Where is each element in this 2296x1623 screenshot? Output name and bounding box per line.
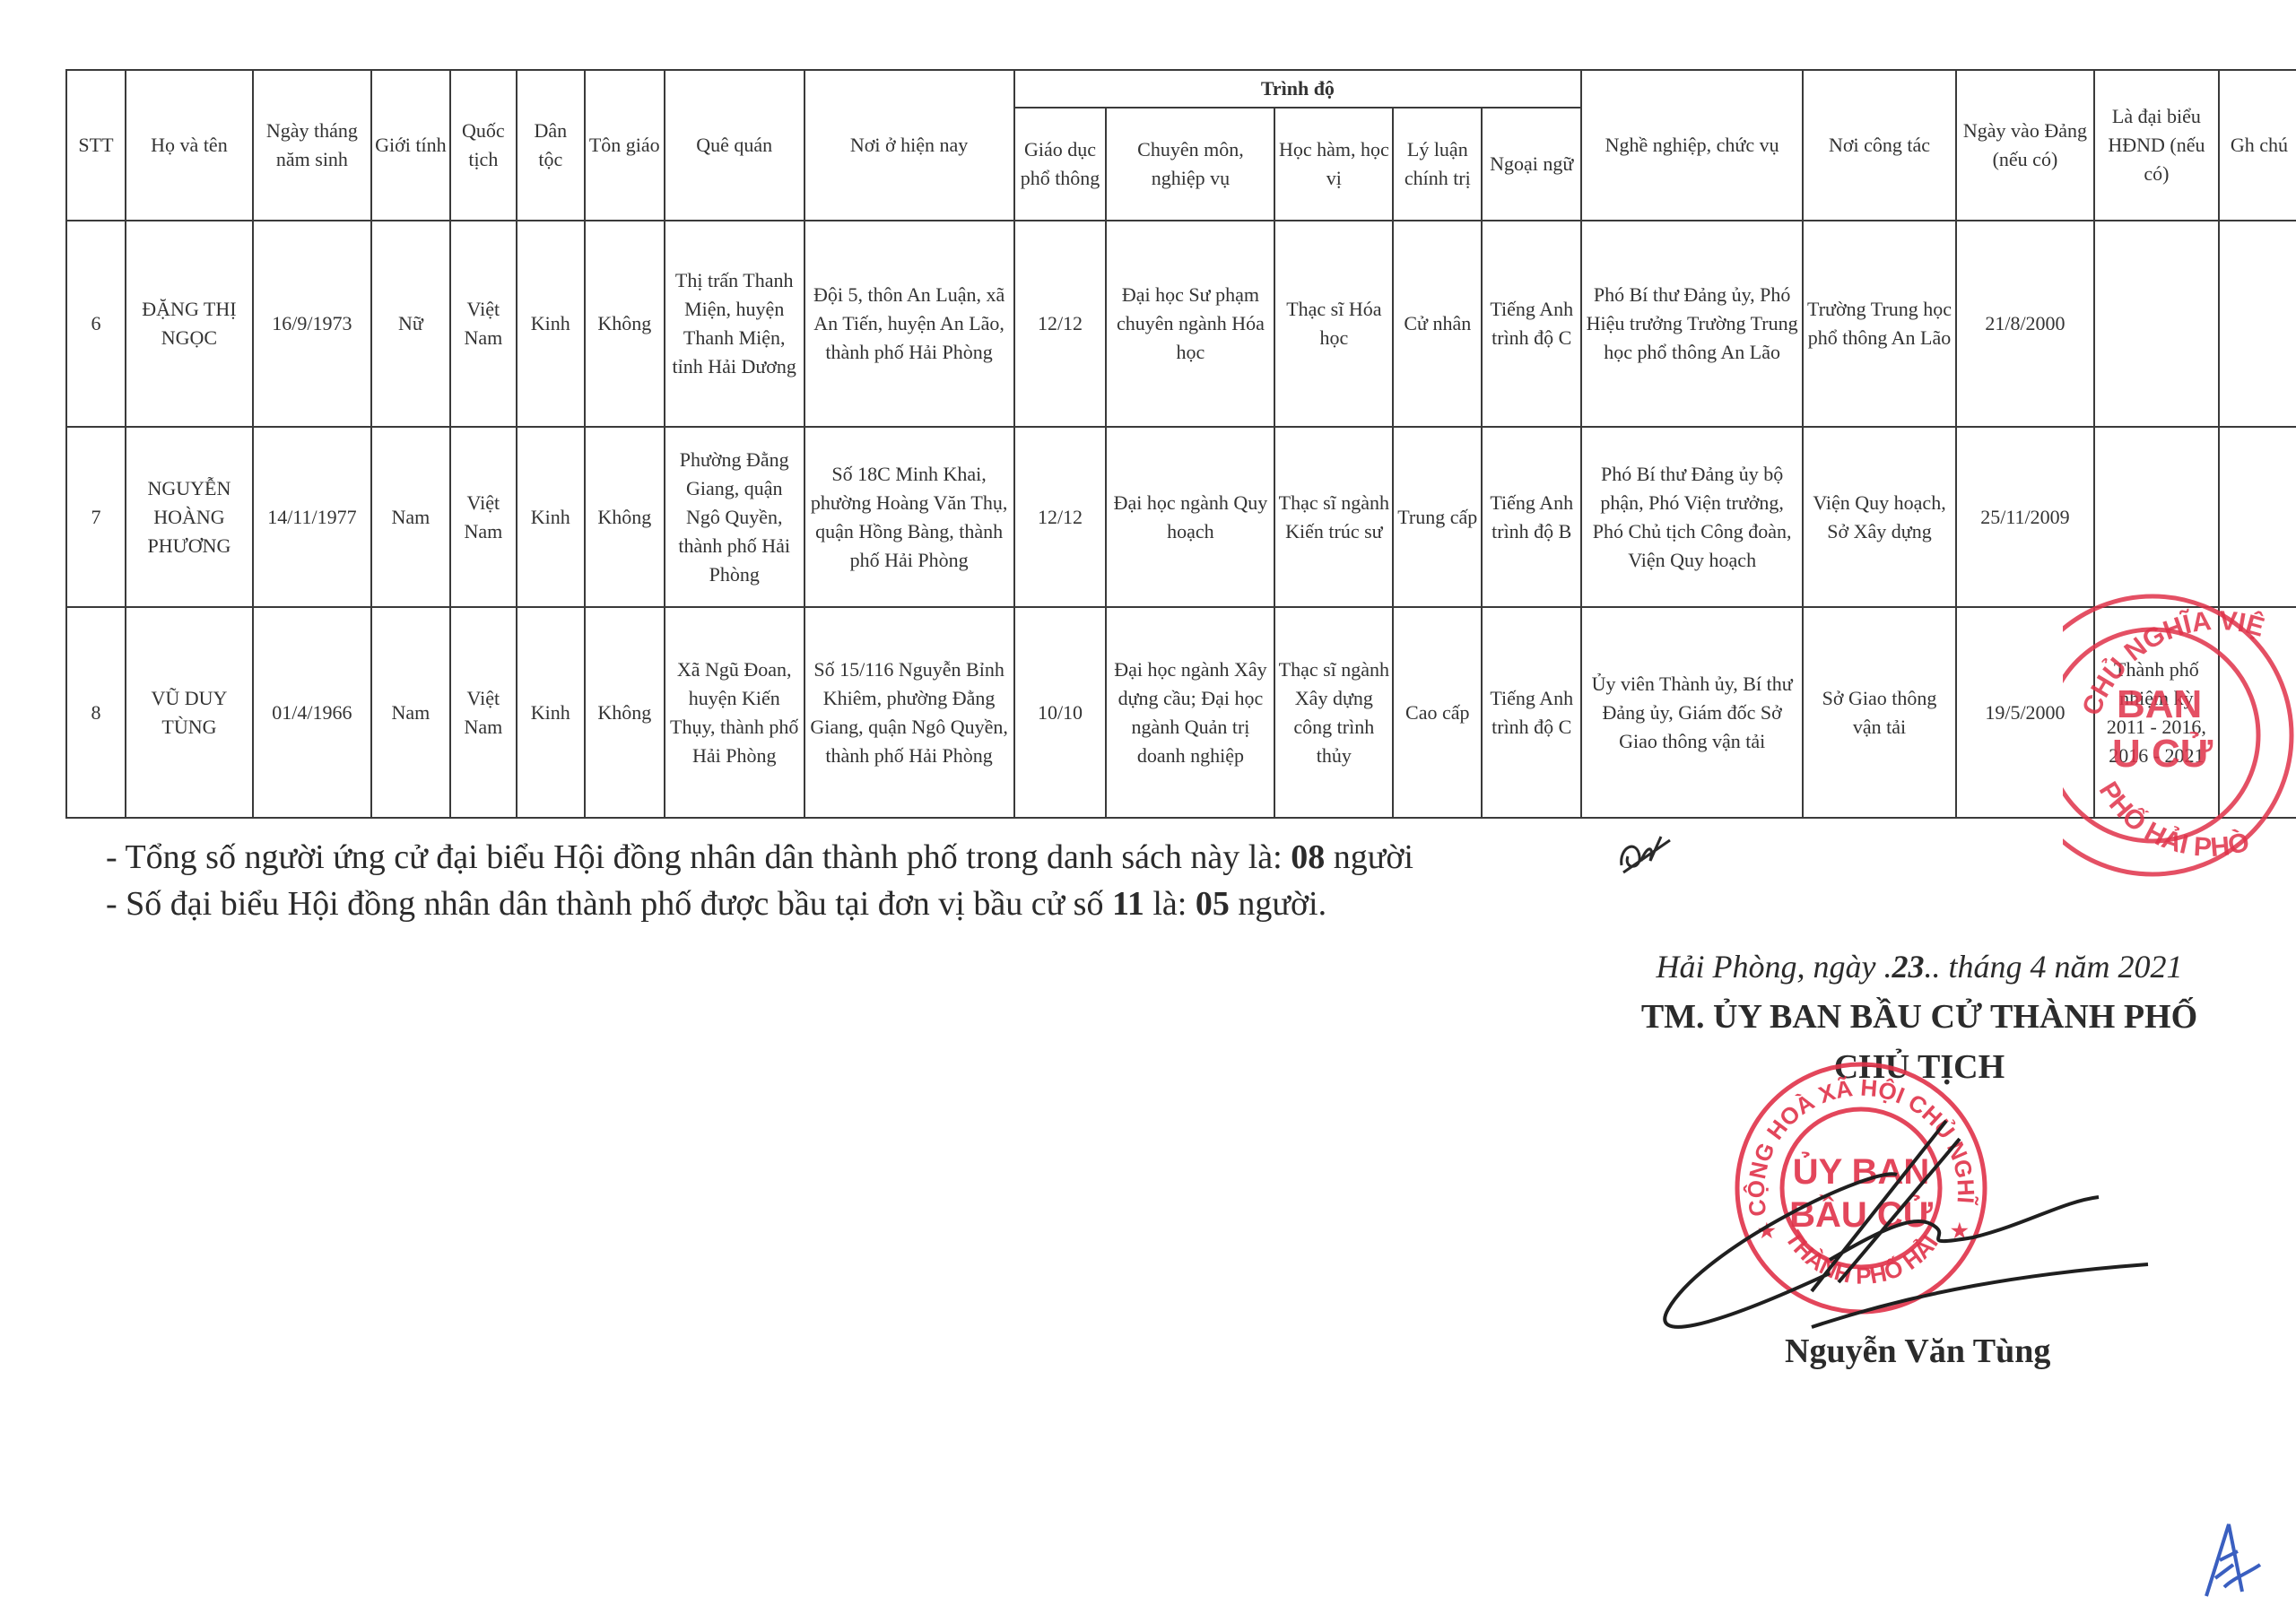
cell-giao-duc: 12/12: [1014, 221, 1107, 427]
header-ton-giao: Tôn giáo: [585, 70, 665, 221]
header-hoc-ham: Học hàm, học vị: [1274, 108, 1393, 221]
cell-chuyen-mon: Đại học ngành Xây dựng cầu; Đại học ngàn…: [1106, 607, 1274, 818]
header-trinh-do: Trình độ: [1014, 70, 1582, 108]
header-noi-cong-tac: Nơi công tác: [1803, 70, 1956, 221]
cell-giao-duc: 10/10: [1014, 607, 1107, 818]
edge-stamp-center-2: U CỬ: [2112, 730, 2213, 776]
cell-quoc-tich: Việt Nam: [450, 607, 517, 818]
handwritten-correction-icon: [1614, 829, 1677, 888]
cell-ly-luan: Trung cấp: [1393, 427, 1482, 607]
summary-line-elected: - Số đại biểu Hội đồng nhân dân thành ph…: [106, 881, 1413, 927]
cell-ton-giao: Không: [585, 221, 665, 427]
cell-ngay-vao-dang: 21/8/2000: [1956, 221, 2094, 427]
sign-organization: TM. ỦY BAN BẦU CỬ THÀNH PHỐ: [1596, 992, 2242, 1042]
header-ho-ten: Họ và tên: [126, 70, 253, 221]
cell-dan-toc: Kinh: [517, 427, 585, 607]
cell-ngay-sinh: 16/9/1973: [253, 221, 371, 427]
cell-ho-ten: VŨ DUY TÙNG: [126, 607, 253, 818]
sign-date: Hải Phòng, ngày .23.. tháng 4 năm 2021: [1596, 942, 2242, 992]
header-giao-duc: Giáo dục phổ thông: [1014, 108, 1107, 221]
cell-stt: 7: [66, 427, 126, 607]
edge-stamp-icon: CHỦ NGHĨA VIỆT NAM PHỐ HẢI PHÒNG BAN U C…: [2063, 583, 2296, 888]
header-quoc-tich: Quốc tịch: [450, 70, 517, 221]
cell-dai-bieu-hdnd: [2094, 221, 2219, 427]
cell-ngoai-ngu: Tiếng Anh trình độ C: [1482, 607, 1581, 818]
cell-ton-giao: Không: [585, 427, 665, 607]
cell-ngoai-ngu: Tiếng Anh trình độ B: [1482, 427, 1581, 607]
header-ly-luan: Lý luận chính trị: [1393, 108, 1482, 221]
cell-noi-cong-tac: Sở Giao thông vận tải: [1803, 607, 1956, 818]
header-gioi-tinh: Giới tính: [371, 70, 450, 221]
cell-noi-o: Số 15/116 Nguyễn Bỉnh Khiêm, phường Đằng…: [804, 607, 1014, 818]
summary-line-total: - Tổng số người ứng cử đại biểu Hội đồng…: [106, 834, 1413, 881]
electoral-unit: 11: [1112, 885, 1144, 923]
cell-dan-toc: Kinh: [517, 607, 585, 818]
cell-dai-bieu-hdnd: [2094, 427, 2219, 607]
cell-ngay-sinh: 14/11/1977: [253, 427, 371, 607]
cell-noi-o: Đội 5, thôn An Luận, xã An Tiến, huyện A…: [804, 221, 1014, 427]
header-ngoai-ngu: Ngoại ngữ: [1482, 108, 1581, 221]
cell-ghi-chu: [2219, 427, 2296, 607]
cell-gioi-tinh: Nữ: [371, 221, 450, 427]
header-ngay-vao-dang: Ngày vào Đảng (nếu có): [1956, 70, 2094, 221]
candidate-table: STT Họ và tên Ngày tháng năm sinh Giới t…: [65, 69, 2296, 819]
header-chuyen-mon: Chuyên môn, nghiệp vụ: [1106, 108, 1274, 221]
cell-ngay-sinh: 01/4/1966: [253, 607, 371, 818]
cell-noi-cong-tac: Viện Quy hoạch, Sở Xây dựng: [1803, 427, 1956, 607]
cell-que-quan: Xã Ngũ Đoan, huyện Kiến Thụy, thành phố …: [665, 607, 804, 818]
cell-ghi-chu: [2219, 221, 2296, 427]
cell-ly-luan: Cao cấp: [1393, 607, 1482, 818]
signer-name: Nguyễn Văn Tùng: [1785, 1332, 2050, 1371]
cell-hoc-ham: Thạc sĩ Hóa học: [1274, 221, 1393, 427]
document-page: STT Họ và tên Ngày tháng năm sinh Giới t…: [0, 0, 2296, 1623]
cell-ngay-vao-dang: 25/11/2009: [1956, 427, 2094, 607]
cell-hoc-ham: Thạc sĩ ngành Xây dựng công trình thủy: [1274, 607, 1393, 818]
cell-chuyen-mon: Đại học Sư phạm chuyên ngành Hóa học: [1106, 221, 1274, 427]
cell-hoc-ham: Thạc sĩ ngành Kiến trúc sư: [1274, 427, 1393, 607]
header-nghe-nghiep: Nghề nghiệp, chức vụ: [1581, 70, 1803, 221]
header-stt: STT: [66, 70, 126, 221]
total-candidates: 08: [1291, 838, 1325, 876]
cell-noi-o: Số 18C Minh Khai, phường Hoàng Văn Thụ, …: [804, 427, 1014, 607]
elected-count: 05: [1196, 885, 1230, 923]
cell-giao-duc: 12/12: [1014, 427, 1107, 607]
header-noi-o: Nơi ở hiện nay: [804, 70, 1014, 221]
header-ghi-chu: Gh chú: [2219, 70, 2296, 221]
cell-ly-luan: Cử nhân: [1393, 221, 1482, 427]
edge-stamp-center-1: BAN: [2117, 682, 2202, 726]
cell-que-quan: Phường Đằng Giang, quận Ngô Quyền, thành…: [665, 427, 804, 607]
table-row: 6 ĐẶNG THỊ NGỌC 16/9/1973 Nữ Việt Nam Ki…: [66, 221, 2296, 427]
cell-que-quan: Thị trấn Thanh Miện, huyện Thanh Miện, t…: [665, 221, 804, 427]
summary-lines: - Tổng số người ứng cử đại biểu Hội đồng…: [106, 834, 1413, 927]
cell-gioi-tinh: Nam: [371, 427, 450, 607]
cell-stt: 8: [66, 607, 126, 818]
cell-gioi-tinh: Nam: [371, 607, 450, 818]
cell-nghe-nghiep: Ủy viên Thành ủy, Bí thư Đảng ủy, Giám đ…: [1581, 607, 1803, 818]
cell-ho-ten: NGUYỄN HOÀNG PHƯƠNG: [126, 427, 253, 607]
cell-ngoai-ngu: Tiếng Anh trình độ C: [1482, 221, 1581, 427]
handwritten-signature-icon: [1650, 1112, 2152, 1350]
cell-ho-ten: ĐẶNG THỊ NGỌC: [126, 221, 253, 427]
header-ngay-sinh: Ngày tháng năm sinh: [253, 70, 371, 221]
header-que-quan: Quê quán: [665, 70, 804, 221]
cell-nghe-nghiep: Phó Bí thư Đảng ủy bộ phận, Phó Viện trư…: [1581, 427, 1803, 607]
cell-dan-toc: Kinh: [517, 221, 585, 427]
cell-stt: 6: [66, 221, 126, 427]
header-row-1: STT Họ và tên Ngày tháng năm sinh Giới t…: [66, 70, 2296, 108]
cell-quoc-tich: Việt Nam: [450, 221, 517, 427]
cell-ton-giao: Không: [585, 607, 665, 818]
header-dai-bieu-hdnd: Là đại biểu HĐND (nếu có): [2094, 70, 2219, 221]
header-dan-toc: Dân tộc: [517, 70, 585, 221]
table-row: 7 NGUYỄN HOÀNG PHƯƠNG 14/11/1977 Nam Việ…: [66, 427, 2296, 607]
cell-quoc-tich: Việt Nam: [450, 427, 517, 607]
initial-mark-icon: [2188, 1515, 2269, 1610]
cell-nghe-nghiep: Phó Bí thư Đảng ủy, Phó Hiệu trưởng Trườ…: [1581, 221, 1803, 427]
cell-noi-cong-tac: Trường Trung học phổ thông An Lão: [1803, 221, 1956, 427]
table-row: 8 VŨ DUY TÙNG 01/4/1966 Nam Việt Nam Kin…: [66, 607, 2296, 818]
cell-chuyen-mon: Đại học ngành Quy hoạch: [1106, 427, 1274, 607]
